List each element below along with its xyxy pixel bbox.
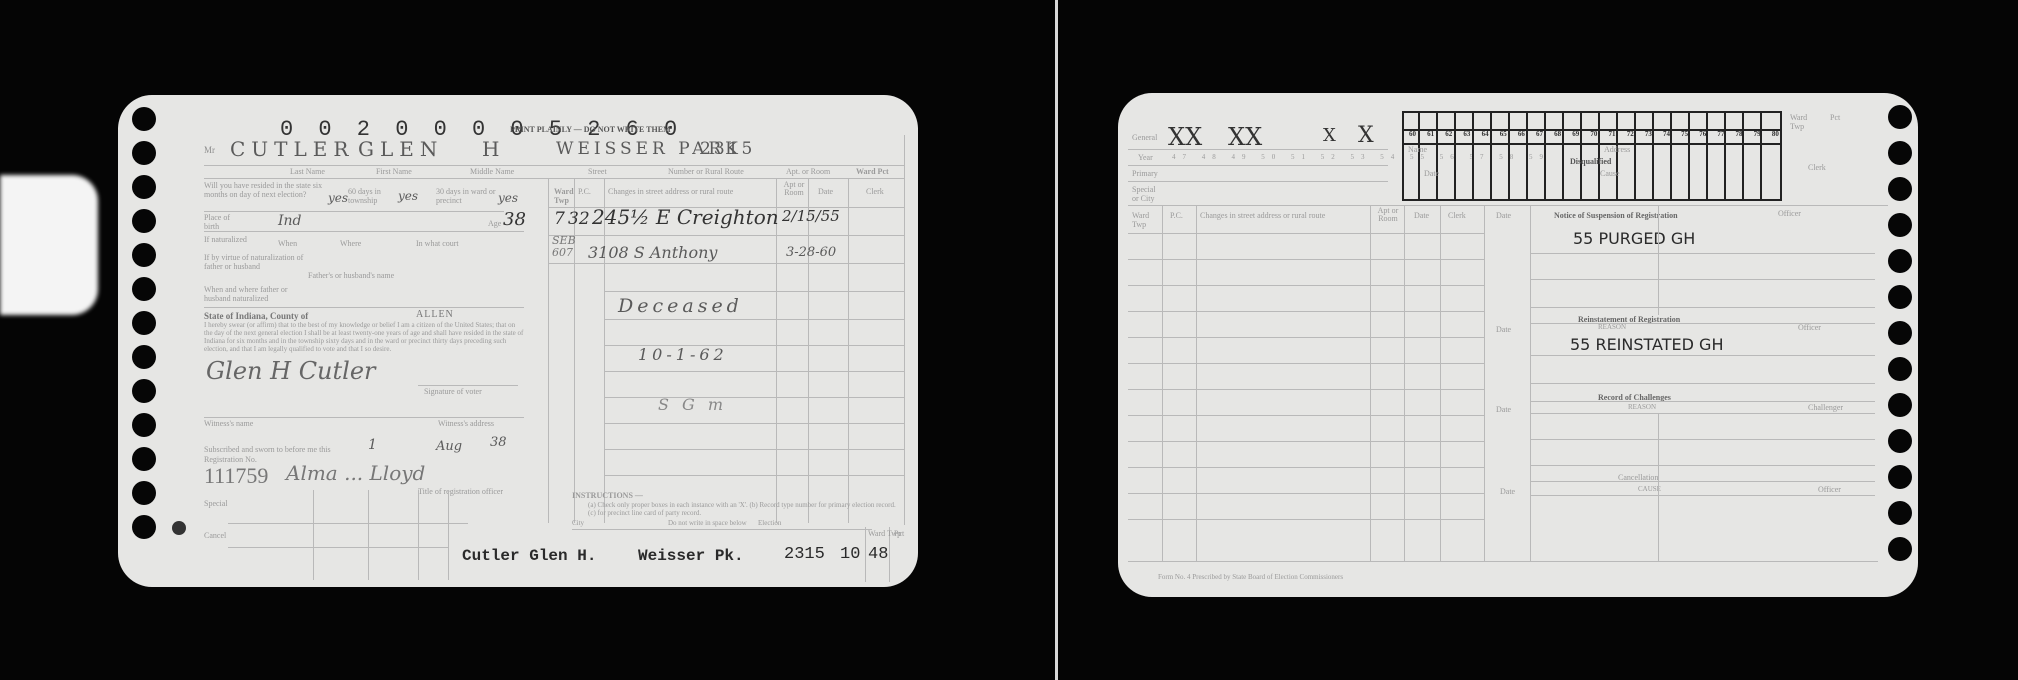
age-answer: 38 [503, 209, 526, 230]
grid-cause-label: Cause [1600, 169, 1620, 178]
back-clerk-label: Clerk [1808, 163, 1826, 172]
grid-disqualified-label: Disqualified [1570, 157, 1611, 166]
back-ward-twp-label: Ward Twp [1790, 113, 1818, 131]
front-col-pc: P.C. [578, 187, 591, 196]
general-mark-4: X [1358, 123, 1374, 148]
small-punch-hole [172, 521, 186, 535]
punch-hole [1888, 465, 1912, 489]
voter-registration-card-front: 0 0 2 0 0 0 0 5 2 6 0 PRINT PLAINLY — DO… [118, 95, 918, 587]
punch-hole [132, 515, 156, 539]
father-husband-label: If by virtue of naturalization of father… [204, 253, 314, 271]
back-col-ward: Ward Twp [1132, 211, 1156, 229]
middle-name-label: Middle Name [470, 167, 514, 176]
oath-state-line: State of Indiana, County of [204, 311, 308, 321]
punch-hole [132, 379, 156, 403]
witness-address-label: Witness's address [438, 419, 494, 428]
registration-number: 111759 [204, 463, 268, 489]
subscribed-day: 1 [368, 437, 377, 453]
oath-text: I hereby swear (or affirm) that to the b… [204, 321, 524, 353]
special-label: Special [204, 499, 228, 508]
challenges-challenger-label: Challenger [1808, 403, 1843, 412]
punch-hole [1888, 321, 1912, 345]
instructions-title: INSTRUCTIONS — [572, 491, 643, 500]
change-row-4-note: 10-1-62 [638, 345, 728, 364]
punch-hole [132, 209, 156, 233]
subscribed-label: Subscribed and sworn to before me this [204, 445, 331, 454]
cancellation-officer-label: Officer [1818, 485, 1841, 494]
thirty-days-answer: yes [498, 191, 518, 205]
subscribed-year: 38 [490, 435, 507, 450]
purged-stamp: 55 PURGED GH [1573, 229, 1695, 248]
officer-signature: Alma ... Lloyd [286, 461, 425, 485]
place-of-birth-label: Place of birth [204, 213, 244, 231]
oath-county: ALLEN [416, 309, 454, 320]
reinstatement-date-label: Date [1496, 325, 1511, 334]
naturalized-label: If naturalized [204, 235, 247, 244]
ward-pct-label: Ward Pct [856, 167, 889, 176]
form-footer: Form No. 4 Prescribed by State Board of … [1158, 573, 1343, 581]
father-husband-name-label: Father's or husband's name [308, 271, 394, 280]
punch-hole [132, 345, 156, 369]
punch-hole [1888, 501, 1912, 525]
front-col-clerk: Clerk [866, 187, 884, 196]
punch-hole [132, 277, 156, 301]
cancel-label: Cancel [204, 531, 226, 540]
change-row-5-note: S G m [658, 395, 727, 414]
punch-hole [1888, 537, 1912, 561]
header-instruction: PRINT PLAINLY — DO NOT WRITE THEM [510, 125, 671, 134]
punch-hole [1888, 285, 1912, 309]
instructions-city: City [572, 519, 584, 527]
reinstatement-reason-label: REASON [1598, 323, 1626, 331]
house-number-value: 2315 [700, 139, 755, 159]
typed-street: Weisser Pk. [638, 547, 744, 565]
place-of-birth-answer: Ind [278, 213, 302, 229]
front-col-date: Date [818, 187, 833, 196]
year-label: Year [1138, 153, 1153, 162]
last-name-value: CUTLER [230, 137, 354, 161]
reinstatement-officer-label: Officer [1798, 323, 1821, 332]
back-col-date: Date [1414, 211, 1429, 220]
punch-hole [132, 243, 156, 267]
change-row-1-date: 2/15/55 [782, 207, 840, 225]
cancellation-date-label: Date [1500, 487, 1515, 496]
challenges-reason-label: REASON [1628, 403, 1656, 411]
voter-registration-card-back: General Year Primary Special or City XX … [1118, 93, 1918, 597]
change-row-2-date: 3-28-60 [786, 245, 836, 260]
back-col-pc: P.C. [1170, 211, 1183, 220]
punch-hole [1888, 213, 1912, 237]
punch-hole [1888, 357, 1912, 381]
punch-hole [1888, 105, 1912, 129]
punch-hole [1888, 177, 1912, 201]
street-label: Street [588, 167, 607, 176]
suspension-date-label: Date [1496, 211, 1511, 220]
punch-hole [132, 447, 156, 471]
typed-precinct: 48 [868, 545, 888, 564]
signature-label: Signature of voter [424, 387, 482, 396]
general-mark-3: X [1323, 125, 1336, 146]
front-col-address: Changes in street address or rural route [608, 187, 733, 196]
age-label: Age [488, 219, 501, 228]
first-name-label: First Name [376, 167, 412, 176]
court-label: In what court [416, 239, 459, 248]
back-col-address: Changes in street address or rural route [1200, 211, 1325, 220]
reinstated-stamp: 55 REINSTATED GH [1570, 335, 1723, 354]
apt-label: Apt. or Room [786, 167, 830, 176]
first-name-value: GLEN [358, 137, 443, 161]
when-label: When [278, 239, 297, 248]
punch-hole [1888, 249, 1912, 273]
grid-name-label: Name [1408, 145, 1427, 154]
title-prefix: Mr [204, 145, 215, 155]
grid-date-label: Date [1424, 169, 1439, 178]
back-col-clerk: Clerk [1448, 211, 1466, 220]
challenges-date-label: Date [1496, 405, 1511, 414]
grid-address-label: Address [1604, 145, 1630, 154]
number-label: Number or Rural Route [668, 167, 744, 176]
special-city-label: Special or City [1132, 185, 1162, 203]
officer-title-label: Title of registration officer [418, 487, 503, 496]
last-name-label: Last Name [290, 167, 325, 176]
punch-hole [132, 413, 156, 437]
punch-hole [132, 311, 156, 335]
typed-house-number: 2315 [784, 545, 825, 564]
change-row-2-ward: SEB 607 [552, 235, 576, 259]
typed-ward: 10 [840, 545, 860, 564]
footer-pct-label: Pct [894, 529, 904, 538]
instructions-election: Election [758, 519, 781, 527]
middle-name-value: H [482, 137, 499, 161]
general-mark-1: XX [1168, 123, 1202, 151]
change-row-1-pc: 32 [568, 209, 590, 229]
primary-label: Primary [1132, 169, 1158, 178]
sixty-days-answer: yes [398, 189, 418, 203]
witness-name-label: Witness's name [204, 419, 253, 428]
change-row-1-ward: 7 [554, 209, 565, 229]
back-pct-label: Pct [1830, 113, 1840, 122]
punch-hole [1888, 141, 1912, 165]
voter-signature: Glen H Cutler [206, 357, 376, 385]
general-label: General [1132, 133, 1157, 142]
front-col-ward: Ward Twp [554, 187, 574, 205]
change-row-1-address: 245½ E Creighton [592, 205, 779, 229]
front-col-apt: Apt or Room [782, 181, 806, 197]
instructions-middle: Do not write in space below [668, 519, 747, 527]
state-six-months-answer: yes [328, 191, 348, 205]
punch-hole [132, 141, 156, 165]
state-six-months-question: Will you have resided in the state six m… [204, 181, 334, 199]
film-divider-line [1055, 0, 1058, 680]
general-mark-2: XX [1228, 123, 1262, 151]
punch-hole [132, 175, 156, 199]
instructions-line-2: (c) for precinct line card of party reco… [588, 509, 701, 517]
year-punch-grid: 6061626364656667686970717273747576777879… [1402, 111, 1782, 201]
light-glare [0, 175, 98, 315]
suspension-officer-label: Officer [1778, 209, 1801, 218]
subscribed-month: Aug [436, 439, 462, 454]
instructions-line-1: (a) Check only proper boxes in each inst… [588, 501, 896, 509]
change-row-3-note: Deceased [618, 295, 743, 317]
change-row-2-address: 3108 S Anthony [588, 243, 717, 262]
punch-hole [132, 107, 156, 131]
back-col-apt: Apt or Room [1376, 207, 1400, 223]
typed-name: Cutler Glen H. [462, 547, 596, 565]
where-label: Where [340, 239, 361, 248]
punch-hole [1888, 393, 1912, 417]
punch-hole [132, 481, 156, 505]
suspension-title: Notice of Suspension of Registration [1554, 211, 1678, 220]
when-where-label: When and where father or husband natural… [204, 285, 314, 303]
punch-hole [1888, 429, 1912, 453]
